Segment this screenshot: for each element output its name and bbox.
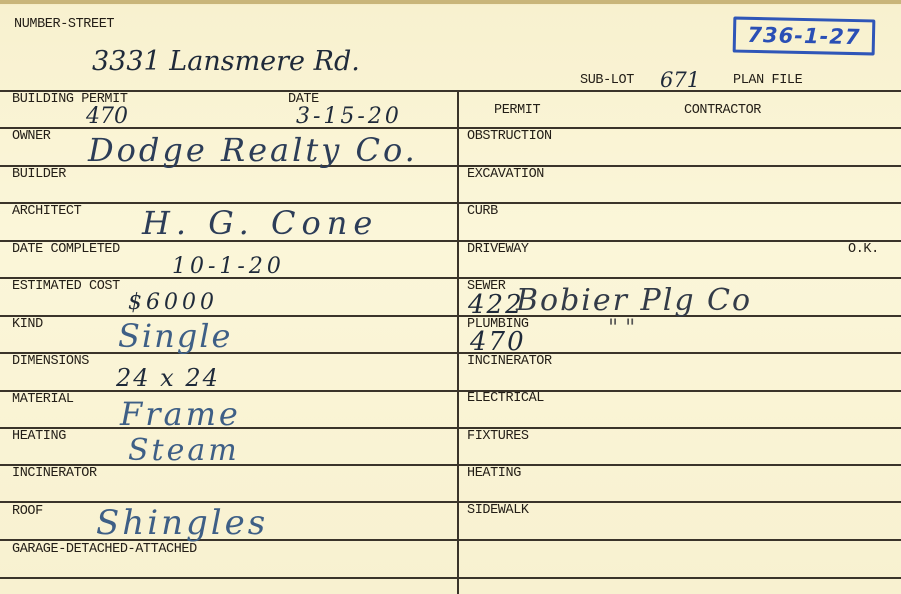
sewer-contractor: Bobier Plg Co (516, 286, 752, 316)
architect-label: ARCHITECT (12, 205, 81, 219)
heating-permit-label: HEATING (467, 467, 521, 481)
obstruction-label: OBSTRUCTION (467, 130, 552, 144)
roof-label: ROOF (12, 505, 43, 519)
owner-label: OWNER (12, 130, 51, 144)
electrical-label: ELECTRICAL (467, 392, 544, 406)
plan-file-label: PLAN FILE (733, 74, 802, 88)
estimated-cost-value: $6000 (128, 292, 218, 314)
builder-label: BUILDER (12, 168, 66, 182)
excavation-label: EXCAVATION (467, 168, 544, 182)
curb-label: CURB (467, 205, 498, 219)
rule-line (0, 277, 901, 279)
estimated-cost-label: ESTIMATED COST (12, 280, 120, 294)
sidewalk-label: SIDEWALK (467, 504, 529, 518)
rule-line (0, 240, 901, 242)
kind-value: Single (118, 320, 232, 352)
kind-label: KIND (12, 318, 43, 332)
permit-header: PERMIT (494, 104, 540, 118)
number-street-label: NUMBER-STREET (14, 18, 114, 32)
material-label: MATERIAL (12, 393, 74, 407)
driveway-label: DRIVEWAY (467, 243, 529, 257)
sub-lot-label: SUB-LOT (580, 74, 634, 88)
card-top-edge (0, 0, 901, 4)
dimensions-value: 24 x 24 (116, 366, 220, 390)
plumbing-contractor: " " (608, 318, 635, 340)
architect-value: H. G. Cone (142, 207, 378, 239)
heating-label: HEATING (12, 430, 66, 444)
incinerator-permit-label: INCINERATOR (467, 355, 552, 369)
date-value: 3-15-20 (296, 106, 402, 128)
material-value: Frame (120, 398, 241, 430)
rule-line (0, 202, 901, 204)
plumbing-value: 470 (470, 329, 526, 355)
fixtures-label: FIXTURES (467, 430, 529, 444)
date-completed-label: DATE COMPLETED (12, 243, 120, 257)
date-completed-value: 10-1-20 (172, 256, 285, 278)
number-street-value: 3331 Lansmere Rd. (92, 48, 360, 75)
file-number-stamp: 736-1-27 (733, 17, 876, 56)
garage-label: GARAGE-DETACHED-ATTACHED (12, 543, 197, 557)
heating-value: Steam (128, 436, 240, 466)
sub-lot-value: 671 (660, 70, 700, 91)
rule-line (0, 127, 901, 129)
permit-index-card: NUMBER-STREET 3331 Lansmere Rd. 736-1-27… (0, 0, 901, 594)
column-divider (457, 90, 459, 594)
rule-line (0, 90, 901, 92)
driveway-value: O.K. (848, 243, 879, 257)
incinerator-label: INCINERATOR (12, 467, 97, 481)
contractor-header: CONTRACTOR (684, 104, 761, 118)
dimensions-label: DIMENSIONS (12, 355, 89, 369)
roof-value: Shingles (96, 506, 268, 540)
rule-line (0, 577, 901, 579)
owner-value: Dodge Realty Co. (88, 134, 418, 166)
building-permit-value: 470 (86, 106, 128, 128)
